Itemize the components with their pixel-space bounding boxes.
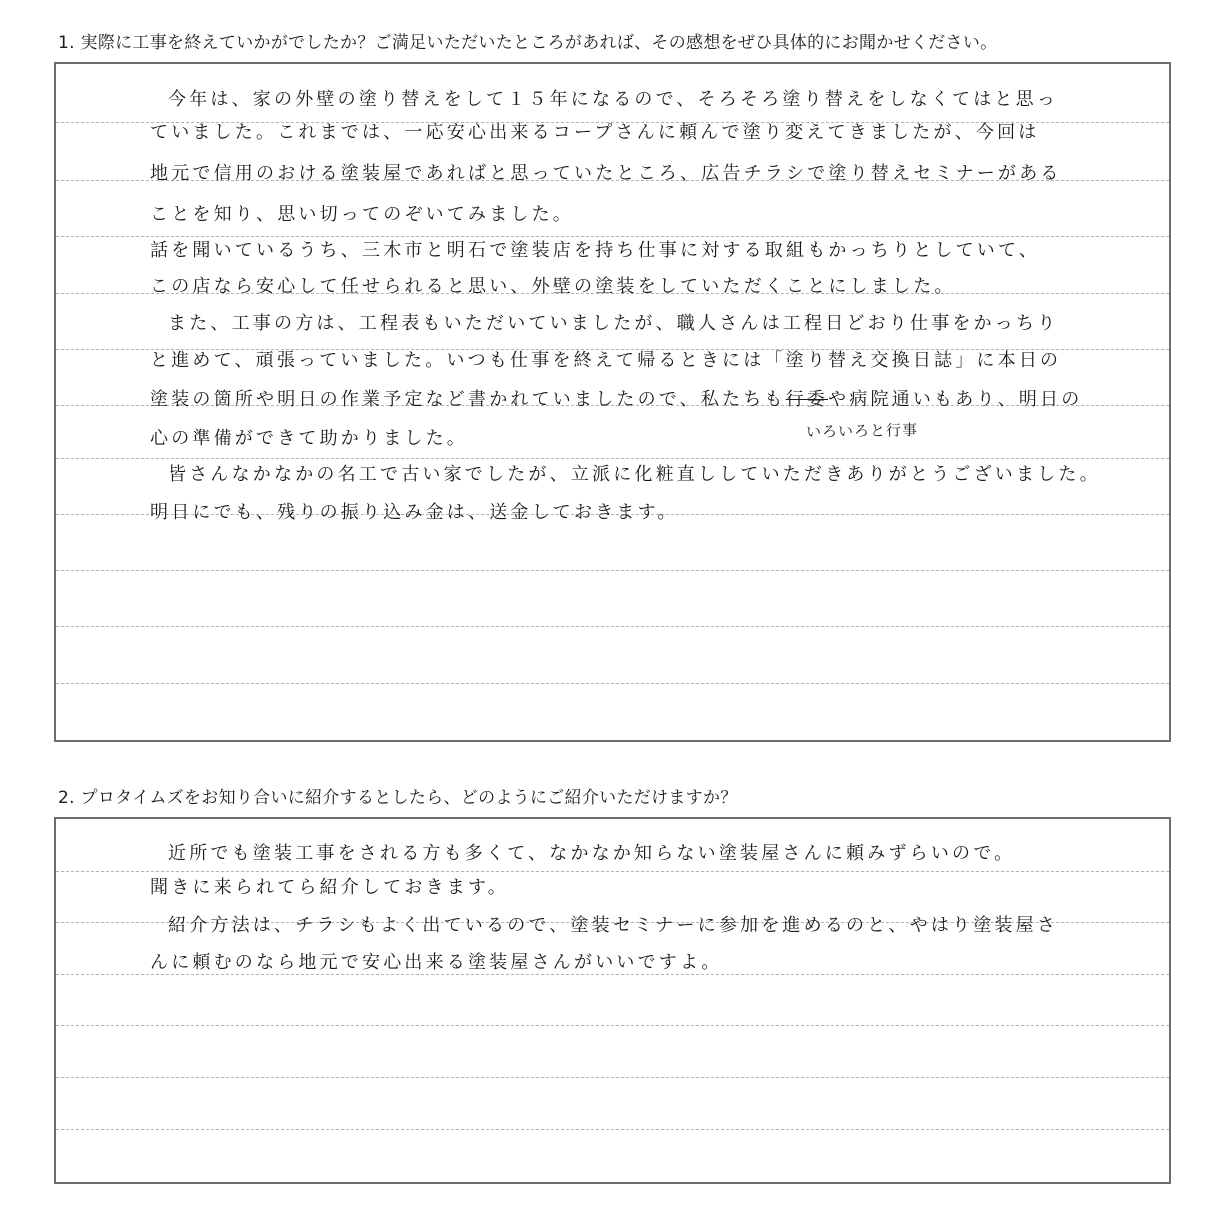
answer-1-line-5: 話を聞いているうち、三木市と明石で塗装店を持ち仕事に対する取組もかっちりとしてい… (150, 240, 1040, 262)
ruled-line (56, 974, 1169, 975)
answer-1-line-3: 地元で信用のおける塗装屋であればと思っていたところ、広告チラシで塗り替えセミナー… (150, 163, 1062, 185)
answer-1-line-9-rest: や病院通いもあり、明日の (828, 389, 1082, 410)
answer-2-box: 近所でも塗装工事をされる方も多くて、なかなか知らない塗装屋さんに頼みずらいので。… (54, 817, 1171, 1184)
answer-2-line-4: んに頼むのなら地元で安心出来る塗装屋さんがいいですよ。 (150, 952, 722, 974)
answer-2-line-1: 近所でも塗装工事をされる方も多くて、なかなか知らない塗装屋さんに頼みずらいので。 (168, 843, 1015, 865)
ruled-line (56, 1129, 1169, 1130)
ruled-line (56, 683, 1169, 684)
ruled-line (56, 236, 1169, 237)
question-1-label: 1. 実際に工事を終えていかがでしたか？ご満足いただいたところがあれば、その感想… (58, 28, 997, 53)
ruled-line (56, 871, 1169, 872)
answer-1-line-7: また、工事の方は、工程表もいただいていましたが、職人さんは工程日どおり仕事をかっ… (168, 313, 1058, 335)
ruled-line (56, 1077, 1169, 1078)
ruled-line (56, 570, 1169, 571)
question-2-label: 2. プロタイムズをお知り合いに紹介するとしたら、どのようにご紹介いただけますか… (58, 783, 738, 808)
answer-1-line-9-text: 塗装の箇所や明日の作業予定など書かれていましたので、私たちも (150, 389, 786, 410)
handwritten-correction: いろいろと行事 (806, 419, 918, 442)
answer-1-line-4: ことを知り、思い切ってのぞいてみました。 (150, 204, 574, 226)
answer-2-line-3: 紹介方法は、チラシもよく出ているので、塗装セミナーに参加を進めるのと、やはり塗装… (168, 915, 1058, 937)
ruled-line (56, 458, 1169, 459)
answer-1-line-2: ていました。これまでは、一応安心出来るコープさんに頼んで塗り変えてきましたが、今… (150, 122, 1040, 144)
ruled-line (56, 626, 1169, 627)
answer-1-line-12: 明日にでも、残りの振り込み金は、送金しておきます。 (150, 502, 679, 524)
struck-word: 行委 (786, 389, 828, 410)
answer-1-line-11: 皆さんなかなかの名工で古い家でしたが、立派に化粧直ししていただきありがとうござい… (168, 464, 1101, 486)
answer-1-line-1: 今年は、家の外壁の塗り替えをして１５年になるので、そろそろ塗り替えをしなくてはと… (168, 89, 1058, 111)
answer-1-line-6: この店なら安心して任せられると思い、外壁の塗装をしていただくことにしました。 (150, 276, 956, 298)
answer-1-box: 今年は、家の外壁の塗り替えをして１５年になるので、そろそろ塗り替えをしなくてはと… (54, 62, 1171, 742)
ruled-line (56, 1025, 1169, 1026)
answer-1-line-9: 塗装の箇所や明日の作業予定など書かれていましたので、私たちも行委や病院通いもあり… (150, 389, 1082, 411)
answer-1-line-8: と進めて、頑張っていました。いつも仕事を終えて帰るときには「塗り替え交換日誌」に… (150, 350, 1061, 372)
answer-1-line-10: 心の準備ができて助かりました。 (150, 428, 468, 450)
answer-2-line-2: 聞きに来られてら紹介しておきます。 (150, 877, 509, 899)
